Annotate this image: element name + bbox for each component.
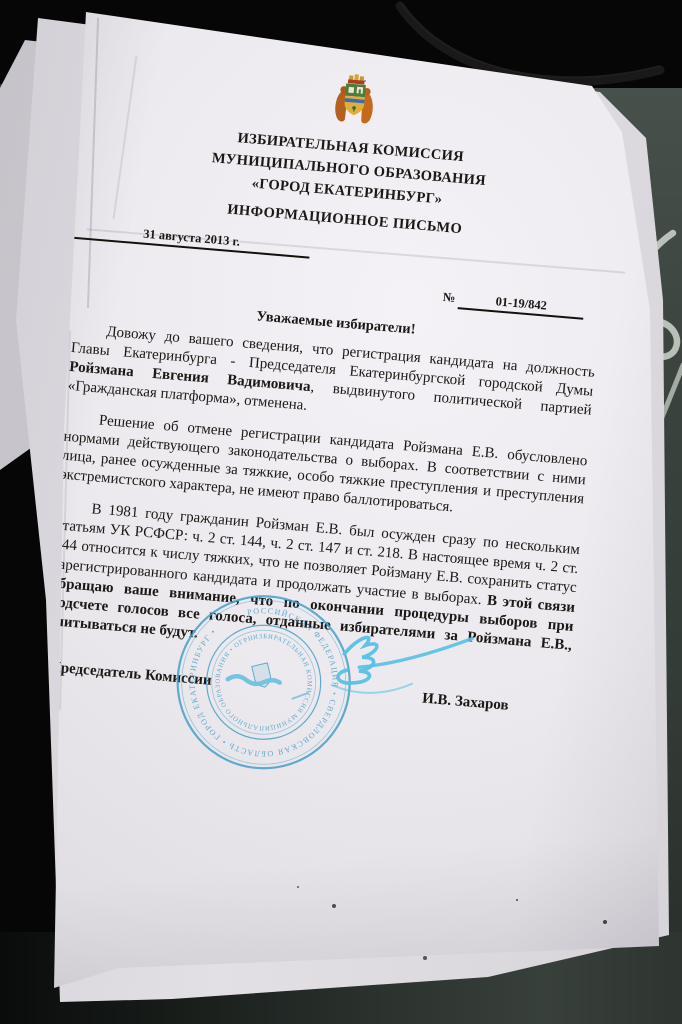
letter-content: ИЗБИРАТЕЛЬНАЯ КОМИССИЯ МУНИЦИПАЛЬНОГО ОБ… <box>34 50 618 831</box>
photo-of-letter: ИЗБИРАТЕЛЬНАЯ КОМИССИЯ МУНИЦИПАЛЬНОГО ОБ… <box>0 0 682 1024</box>
handwritten-signature <box>270 610 481 723</box>
number-label: № <box>442 290 456 305</box>
dust-specks <box>0 0 2 2</box>
yekaterinburg-coat-of-arms-icon <box>326 70 383 138</box>
date-value: 31 августа 2013 г. <box>72 221 311 259</box>
number-value: 01-19/842 <box>458 291 585 319</box>
letter-page: ИЗБИРАТЕЛЬНАЯ КОМИССИЯ МУНИЦИПАЛЬНОГО ОБ… <box>0 0 682 1024</box>
